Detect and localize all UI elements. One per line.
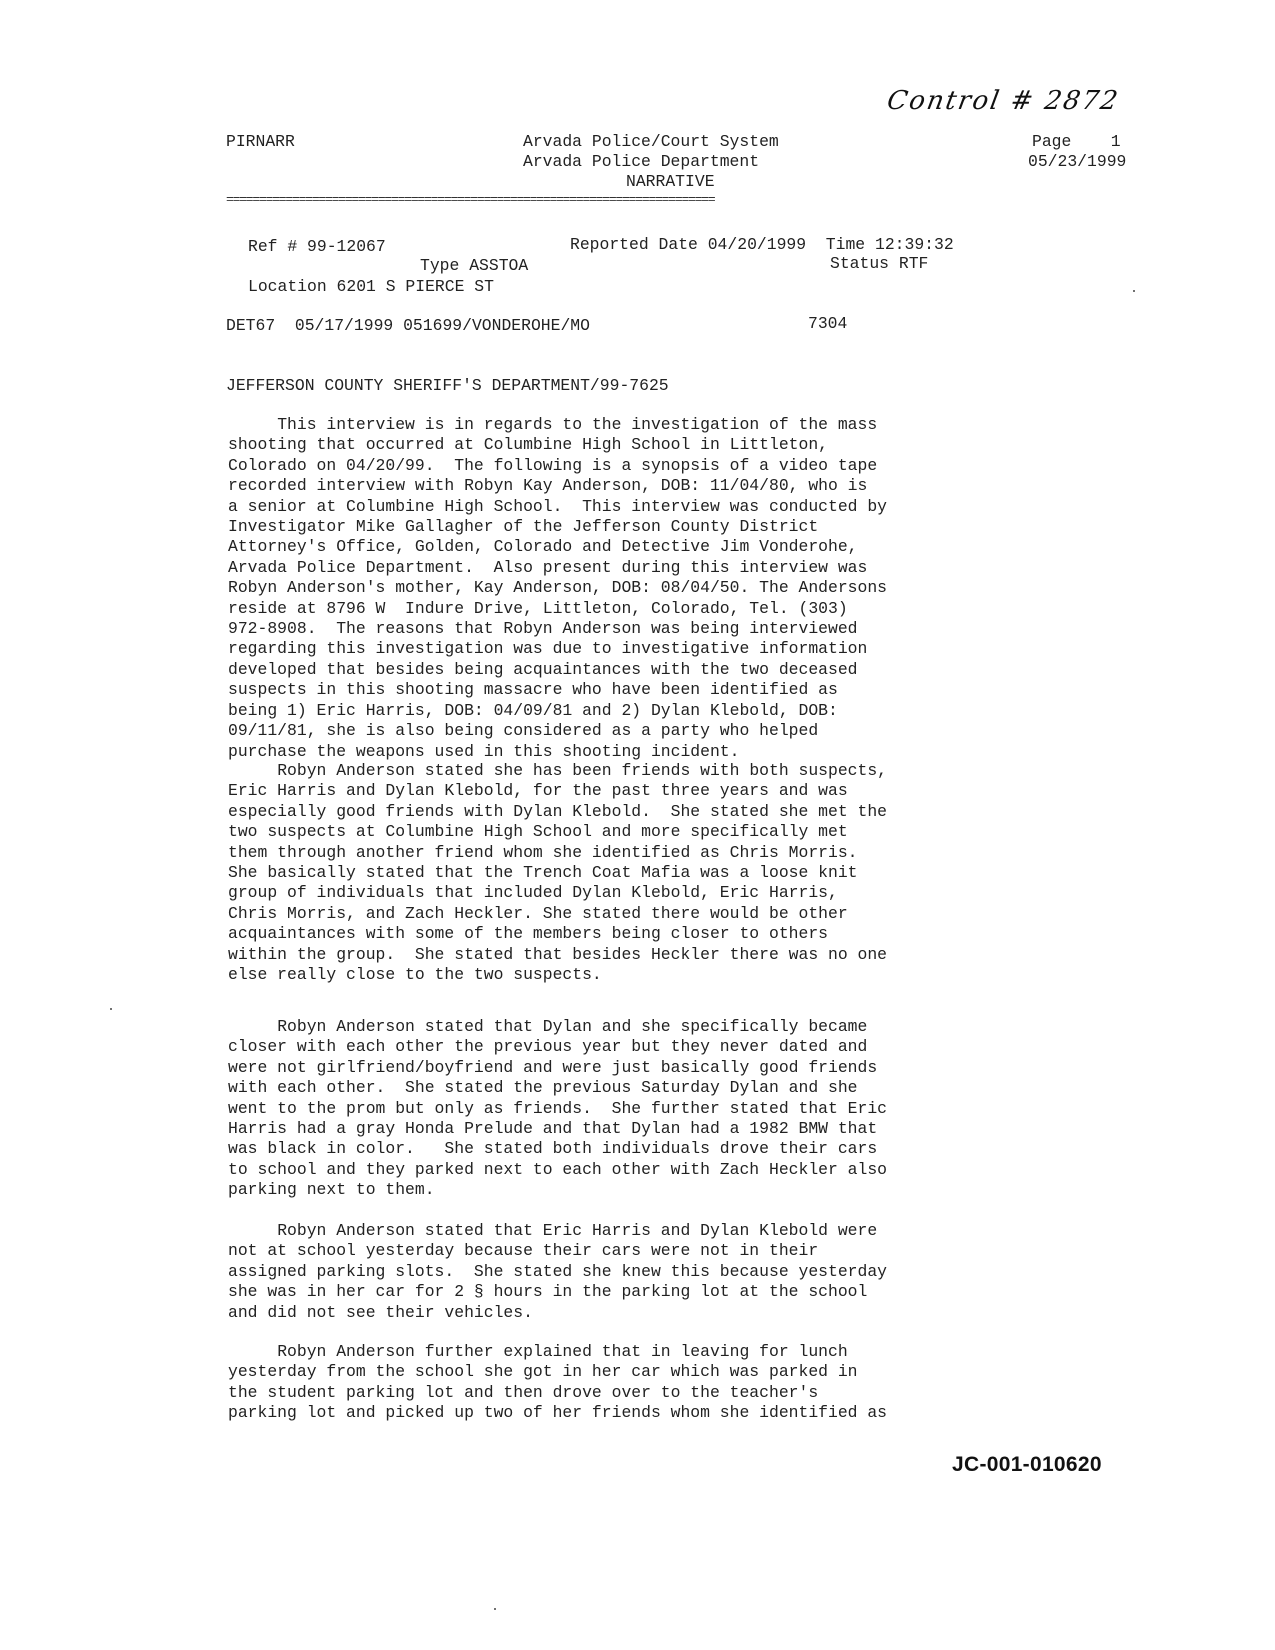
program-id: PIRNARR bbox=[226, 132, 295, 152]
status-label: Status bbox=[830, 254, 889, 273]
scan-speck bbox=[494, 1608, 496, 1610]
page-number: 1 bbox=[1111, 132, 1121, 151]
handwritten-control-number: Control # 2872 bbox=[884, 78, 1123, 118]
scan-speck bbox=[1133, 290, 1135, 292]
location-field: Location 6201 S PIERCE ST bbox=[248, 277, 494, 297]
type-value: ASSTOA bbox=[469, 256, 528, 275]
narrative-paragraph-3: Robyn Anderson stated that Dylan and she… bbox=[228, 1017, 1018, 1201]
narrative-paragraph-1: This interview is in regards to the inve… bbox=[228, 415, 1018, 762]
print-date: 05/23/1999 bbox=[1028, 152, 1126, 172]
type-field: Type ASSTOA bbox=[420, 256, 528, 276]
header-separator: ========================================… bbox=[226, 196, 1136, 204]
entry-line: DET67 05/17/1999 051699/VONDEROHE/MO bbox=[226, 316, 590, 336]
status-field: Status RTF bbox=[830, 254, 928, 274]
narrative-paragraph-4: Robyn Anderson stated that Eric Harris a… bbox=[228, 1221, 1018, 1323]
location-label: Location bbox=[248, 277, 327, 296]
reported-date-field: Reported Date 04/20/1999 Time 12:39:32 bbox=[570, 235, 954, 255]
ref-number: 99-12067 bbox=[307, 237, 386, 256]
time-label: Time bbox=[826, 235, 865, 254]
location-value: 6201 S PIERCE ST bbox=[337, 277, 494, 296]
type-label: Type bbox=[420, 256, 459, 275]
department-name: Arvada Police Department bbox=[523, 152, 759, 172]
officer-code: DET67 bbox=[226, 316, 275, 335]
page-indicator: Page 1 bbox=[1032, 132, 1121, 152]
status-value: RTF bbox=[899, 254, 929, 273]
ref-label: Ref # bbox=[248, 237, 297, 256]
agency-line: JEFFERSON COUNTY SHERIFF'S DEPARTMENT/99… bbox=[226, 376, 669, 396]
system-name: Arvada Police/Court System bbox=[523, 132, 779, 152]
entry-ref: 051699/VONDEROHE/MO bbox=[403, 316, 590, 335]
ref-field: Ref # 99-12067 bbox=[248, 237, 386, 257]
narrative-paragraph-5: Robyn Anderson further explained that in… bbox=[228, 1342, 1018, 1424]
entry-number: 7304 bbox=[808, 314, 847, 334]
reported-time: 12:39:32 bbox=[875, 235, 954, 254]
scan-speck bbox=[110, 1008, 112, 1010]
page-label: Page bbox=[1032, 132, 1071, 151]
reported-date-label: Reported Date bbox=[570, 235, 698, 254]
report-type: NARRATIVE bbox=[626, 172, 715, 192]
bates-number: JC-001-010620 bbox=[952, 1453, 1102, 1477]
entry-date: 05/17/1999 bbox=[295, 316, 393, 335]
reported-date: 04/20/1999 bbox=[708, 235, 806, 254]
narrative-paragraph-2: Robyn Anderson stated she has been frien… bbox=[228, 761, 1018, 985]
handwritten-control-text: Control # 2872 bbox=[885, 86, 1122, 116]
